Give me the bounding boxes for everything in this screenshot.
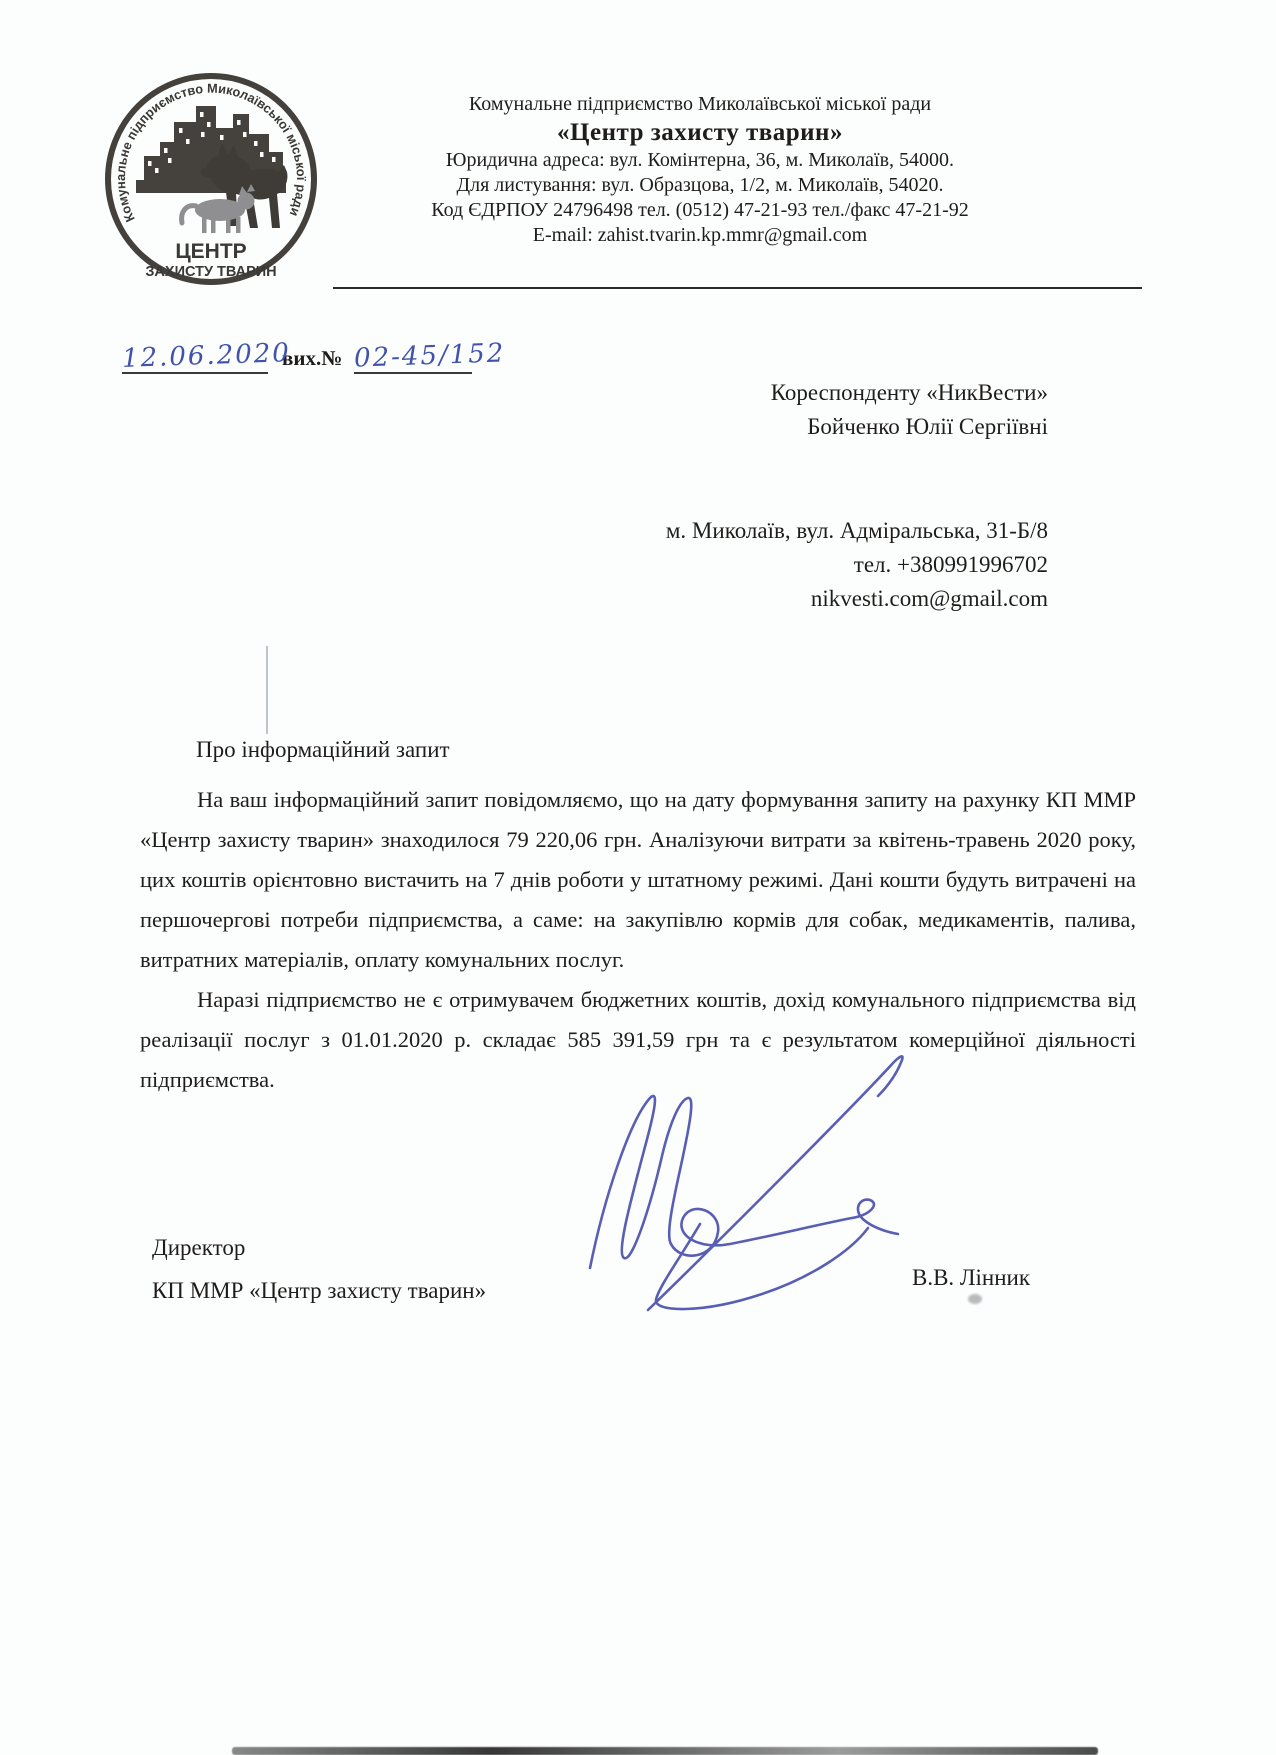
recipient-email: nikvesti.com@gmail.com — [666, 582, 1048, 616]
letterhead-org-name: «Центр захисту тварин» — [350, 117, 1050, 148]
stamp-center-text-1: ЦЕНТР — [175, 240, 246, 263]
recipient-line2: Бойченко Юлії Сергіївні — [666, 410, 1048, 444]
letterhead: Комунальне підприємство Миколаївської мі… — [350, 92, 1050, 248]
recipient-address: м. Миколаїв, вул. Адміральська, 31-Б/8 — [666, 514, 1048, 548]
signer-title-line1: Директор — [152, 1226, 486, 1269]
scan-artifact-line — [266, 646, 268, 734]
recipient-block: Кореспонденту «НикВести» Бойченко Юлії С… — [666, 376, 1048, 616]
stamp-logo-svg: Комунальне підприємство Миколаївської мі… — [100, 60, 322, 302]
recipient-line1: Кореспонденту «НикВести» — [666, 376, 1048, 410]
scan-artifact-bottom — [232, 1747, 1098, 1755]
recipient-phone: тел. +380991996702 — [666, 548, 1048, 582]
reference-row: 12.06.2020 вих.№ 02-45/152 — [122, 341, 472, 374]
letterhead-org-line: Комунальне підприємство Миколаївської мі… — [350, 92, 1050, 117]
letterhead-divider — [333, 287, 1142, 289]
body-paragraph-1: На ваш інформаційний запит повідомляємо,… — [140, 780, 1136, 980]
scan-artifact-speck — [968, 1294, 982, 1304]
letterhead-mail-address: Для листування: вул. Образцова, 1/2, м. … — [350, 173, 1050, 198]
signer-title-line2: КП ММР «Центр захисту тварин» — [152, 1269, 486, 1312]
outgoing-number-handwritten: 02-45/152 — [354, 341, 472, 374]
signer-title-block: Директор КП ММР «Центр захисту тварин» — [152, 1226, 486, 1312]
stamp-center-text-2: ЗАХИСТУ ТВАРИН — [145, 264, 276, 280]
signer-name: В.В. Лінник — [912, 1265, 1030, 1291]
letterhead-codes-phone: Код ЄДРПОУ 24796498 тел. (0512) 47-21-93… — [350, 198, 1050, 223]
scanned-letter-page: Комунальне підприємство Миколаївської мі… — [0, 0, 1276, 1755]
handwritten-signature — [552, 1046, 932, 1322]
outgoing-date-handwritten: 12.06.2020 — [122, 341, 268, 374]
letterhead-legal-address: Юридична адреса: вул. Комінтерна, 36, м.… — [350, 148, 1050, 173]
letterhead-email: E-mail: zahist.tvarin.kp.mmr@gmail.com — [350, 223, 1050, 248]
subject-line: Про інформаційний запит — [196, 737, 450, 763]
organization-stamp-logo: Комунальне підприємство Миколаївської мі… — [100, 60, 322, 302]
